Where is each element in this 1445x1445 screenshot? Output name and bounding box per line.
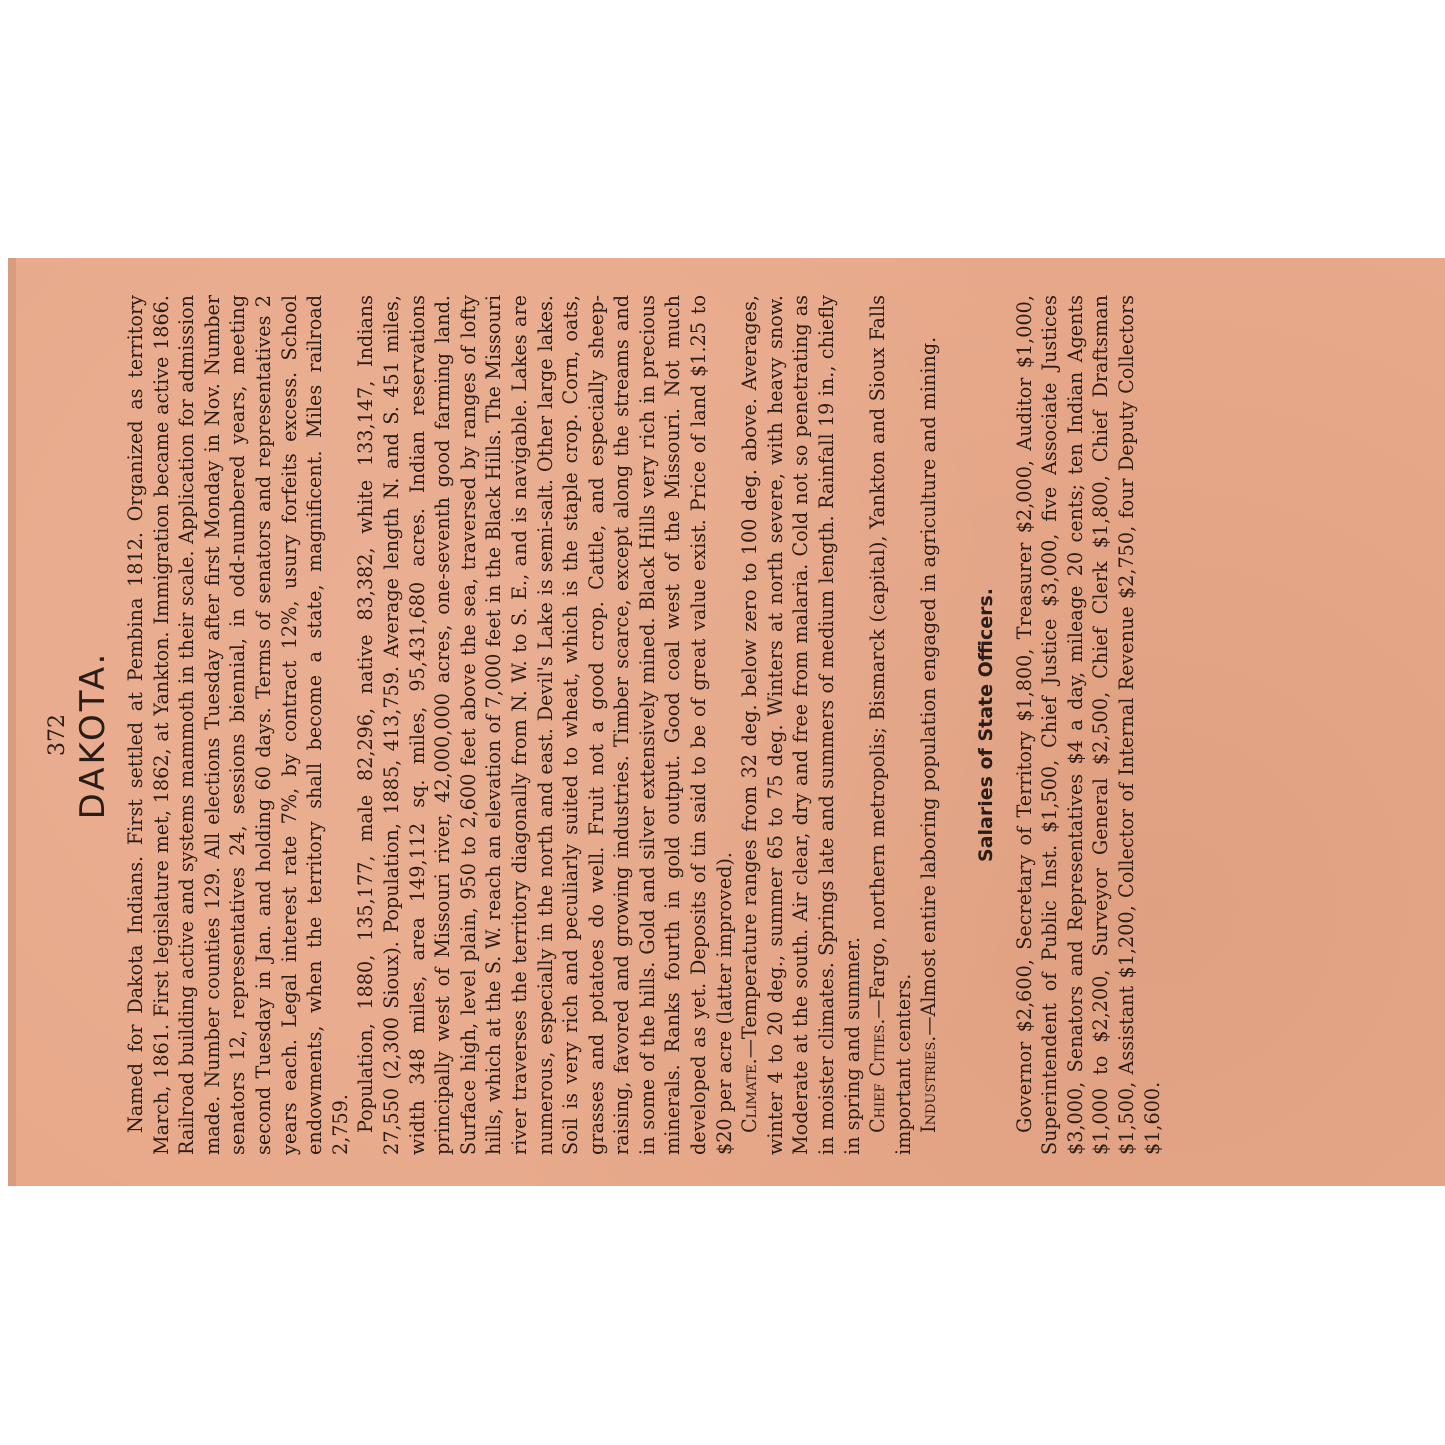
page-number: 372 [45, 295, 70, 1175]
section-label: Climate. [738, 1058, 761, 1133]
section-label: Chief Cities. [866, 1019, 889, 1133]
salaries-heading: Salaries of State Officers. [974, 295, 1000, 1155]
page-title: DAKOTA. [73, 295, 113, 1175]
section-text: —Temperature ranges from 32 deg. below z… [738, 295, 863, 1155]
section-label: Industries. [917, 1036, 940, 1133]
section-chief-cities: Chief Cities.—Fargo, northern metropolis… [865, 295, 916, 1155]
section-text: —Almost entire laboring population engag… [917, 337, 940, 1036]
article-body: Named for Dakota Indians. First settled … [123, 295, 1165, 1155]
salaries-text: Governor $2,600, Secretary of Territory … [1012, 295, 1166, 1155]
card-edge [8, 258, 16, 1186]
paragraph-population-geography: Population, 1880, 135,177, male 82,296, … [353, 295, 737, 1155]
paragraph-history: Named for Dakota Indians. First settled … [123, 295, 353, 1155]
rotated-page-content: 372 DAKOTA. Named for Dakota Indians. Fi… [45, 295, 1275, 1175]
section-climate: Climate.—Temperature ranges from 32 deg.… [737, 295, 865, 1155]
section-industries: Industries.—Almost entire laboring popul… [916, 295, 942, 1155]
